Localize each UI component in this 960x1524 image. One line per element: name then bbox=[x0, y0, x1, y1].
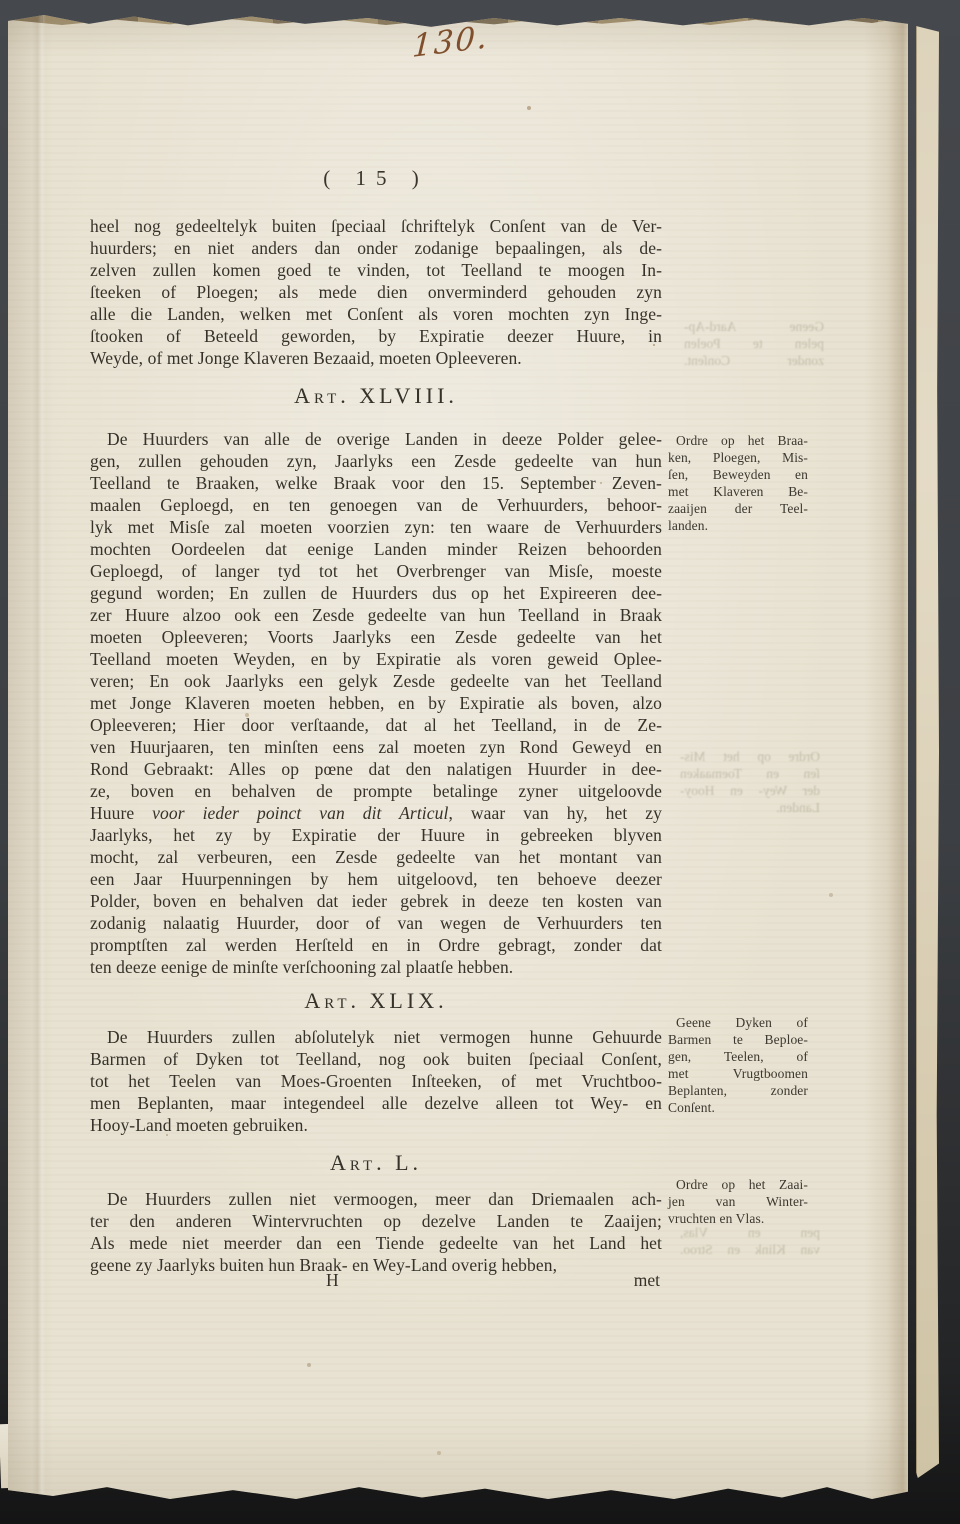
text-line: men Beplanten, maar integendeel alle dez… bbox=[90, 1092, 662, 1114]
bleedthrough-text: Geene Aard-Ap-pelen te Poelenzonder Conſ… bbox=[684, 318, 824, 369]
printed-page-number: ( 15 ) bbox=[90, 166, 662, 191]
text-line: zonder Conſent. bbox=[684, 352, 824, 369]
torn-top-edge bbox=[8, 12, 908, 25]
text-line: zer Huure alzoo ook een Zesde gedeelte v… bbox=[90, 604, 662, 626]
text-line: Als mede niet meerder dan een Tiende ged… bbox=[90, 1232, 662, 1254]
text-line: Landen. bbox=[680, 799, 820, 816]
text-line: Barmen te Beploe- bbox=[668, 1031, 808, 1048]
text-line: Weyde, of met Jonge Klaveren Bezaaid, mo… bbox=[90, 347, 662, 369]
text-line: ven Huurjaaren, ten minſten eens zal moe… bbox=[90, 736, 662, 758]
catchword: met bbox=[634, 1270, 660, 1291]
text-line: een Jaar Huurpenningen by hem uitgeloovd… bbox=[90, 868, 662, 890]
text-line: maalen Geploegd, en ten genoegen van de … bbox=[90, 494, 662, 516]
text-line: Beplanten, zonder bbox=[668, 1082, 808, 1099]
photographed-book-spread: { "page": { "handwritten_number": "130."… bbox=[0, 0, 960, 1524]
text-line: gen, Teelen, of bbox=[668, 1048, 808, 1065]
text-line: Geene Dyken of bbox=[668, 1014, 808, 1031]
margin-note-xlviii: Ordre op het Braa-ken, Ploegen, Mis-ſen,… bbox=[668, 432, 808, 534]
paragraph-article-xlviii: De Huurders van alle de overige Landen i… bbox=[90, 428, 662, 978]
text-line: met Vrugtboomen bbox=[668, 1065, 808, 1082]
text-line: ken, Ploegen, Mis- bbox=[668, 449, 808, 466]
handwritten-page-number: 130. bbox=[411, 19, 489, 65]
article-heading-l: Art. L. bbox=[90, 1150, 662, 1176]
text-line: Teelland te Braaken, welke Braak voor de… bbox=[90, 472, 662, 494]
text-line: promptſten zal werden Herſteld en in Ord… bbox=[90, 934, 662, 956]
text-line: zodanig nalaatig Huurder, door of van we… bbox=[90, 912, 662, 934]
signature-catchword-row: H met bbox=[90, 1270, 662, 1294]
margin-note-xlix: Geene Dyken ofBarmen te Beploe-gen, Teel… bbox=[668, 1014, 808, 1116]
signature-mark: H bbox=[326, 1270, 339, 1291]
text-line: Barmen of Dyken tot Teelland, nog ook bu… bbox=[90, 1048, 662, 1070]
text-line: Polder, boven en behalven dat ieder gebr… bbox=[90, 890, 662, 912]
paragraph-continuation: heel nog gedeeltelyk buiten ſpeciaal ſch… bbox=[90, 215, 662, 369]
text-line: De Huurders van alle de overige Landen i… bbox=[90, 428, 662, 450]
text-line: heel nog gedeeltelyk buiten ſpeciaal ſch… bbox=[90, 215, 662, 237]
text-line: ſen, Beweyden en bbox=[668, 466, 808, 483]
text-line: veren; En ook Jaarlyks een gelyk Zesde g… bbox=[90, 670, 662, 692]
margin-note-l: Ordre op het Zaai-jen van Winter-vruchte… bbox=[668, 1176, 808, 1227]
text-line: jen van Winter- bbox=[668, 1193, 808, 1210]
text-line: De Huurders zullen niet vermoogen, meer … bbox=[90, 1188, 662, 1210]
text-line: pelen te Poelen bbox=[684, 335, 824, 352]
text-line: Geene Aard-Ap- bbox=[684, 318, 824, 335]
text-line: ze, boven en behalven de prompte betalin… bbox=[90, 780, 662, 802]
text-line: met Klaveren Be- bbox=[668, 483, 808, 500]
text-line: ter den anderen Wintervruchten op dezelv… bbox=[90, 1210, 662, 1232]
text-line: Ordre op het Braa- bbox=[668, 432, 808, 449]
text-line: Opleeveren; Hier door verſtaande, dat al… bbox=[90, 714, 662, 736]
text-line: mocht, zal verbeuren, een Zesde gedeelte… bbox=[90, 846, 662, 868]
text-line: ſen en Toemaaken bbox=[680, 765, 820, 782]
text-line: gen, zullen gehouden zyn, Jaarlyks een Z… bbox=[90, 450, 662, 472]
text-line: Huure voor ieder poinct van dit Articul,… bbox=[90, 802, 662, 824]
text-line: ſtooken of Beteeld geworden, by Expirati… bbox=[90, 325, 662, 347]
text-line: landen. bbox=[668, 517, 808, 534]
paragraph-article-l: De Huurders zullen niet vermoogen, meer … bbox=[90, 1188, 662, 1276]
bleedthrough-text: pen en Vlas,van Klink en Stroo. bbox=[680, 1224, 820, 1258]
text-line: tot het Teelen van Moes-Groenten Inſteek… bbox=[90, 1070, 662, 1092]
text-line: lyk met Misſe zal moeten voorzien zyn: t… bbox=[90, 516, 662, 538]
text-line: vruchten en Vlas. bbox=[668, 1210, 808, 1227]
text-line: Jaarlyks, het zy by Expiratie der Huure … bbox=[90, 824, 662, 846]
text-line: zelven zullen komen goed te vinden, tot … bbox=[90, 259, 662, 281]
text-line: Geploegd, of langer tyd tot het Overbren… bbox=[90, 560, 662, 582]
bleedthrough-text: Ordre op het Mis-ſen en Toemaakender Wey… bbox=[680, 748, 820, 816]
text-line: zaaijen der Teel- bbox=[668, 500, 808, 517]
text-line: van Klink en Stroo. bbox=[680, 1241, 820, 1258]
text-line: De Huurders zullen abſolutelyk niet verm… bbox=[90, 1026, 662, 1048]
text-line: mochten Oordeelen dat eenige Landen mind… bbox=[90, 538, 662, 560]
paragraph-article-xlix: De Huurders zullen abſolutelyk niet verm… bbox=[90, 1026, 662, 1136]
text-line: met Jonge Klaveren moeten hebben, en by … bbox=[90, 692, 662, 714]
text-line: ſteeken of Ploegen; als mede dien onverm… bbox=[90, 281, 662, 303]
book-page: 130. ( 15 ) Geene Aard-Ap-pelen te Poele… bbox=[8, 12, 908, 1502]
text-line: moeten Opleeveren; Voorts Jaarlyks een Z… bbox=[90, 626, 662, 648]
text-line: Conſent. bbox=[668, 1099, 808, 1116]
text-line: der Wey- en Hooy- bbox=[680, 782, 820, 799]
text-line: Rond Gebraakt: Alles op pœne dat den nal… bbox=[90, 758, 662, 780]
text-line: Hooy-Land moeten gebruiken. bbox=[90, 1114, 662, 1136]
article-heading-xlviii: Art. XLVIII. bbox=[90, 383, 662, 409]
text-line: Ordre op het Zaai- bbox=[668, 1176, 808, 1193]
text-line: huurders; en niet anders dan onder zodan… bbox=[90, 237, 662, 259]
text-line: Ordre op het Mis- bbox=[680, 748, 820, 765]
page-fold-crease bbox=[32, 12, 46, 1502]
stacked-page-edges bbox=[916, 26, 939, 1478]
article-heading-xlix: Art. XLIX. bbox=[90, 988, 662, 1014]
dust-specks bbox=[8, 12, 10, 14]
text-line: alle die Landen, welken met Conſent als … bbox=[90, 303, 662, 325]
text-line: gegund worden; En zullen de Huurders dus… bbox=[90, 582, 662, 604]
text-line: Teelland moeten Weyden, en by Expiratie … bbox=[90, 648, 662, 670]
text-line: ten deeze eenige de minſte verſchooning … bbox=[90, 956, 662, 978]
